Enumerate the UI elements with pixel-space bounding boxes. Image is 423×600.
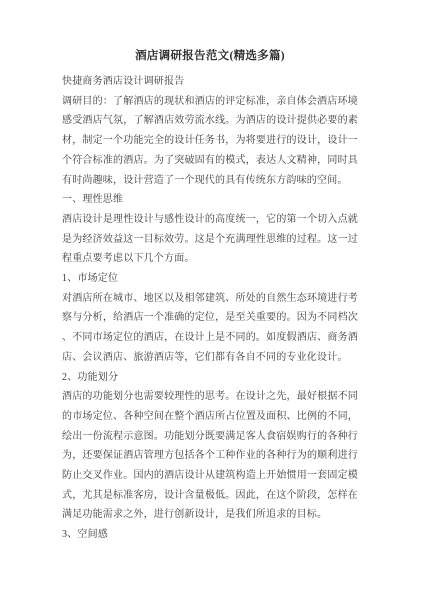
document-body: 快捷商务酒店设计调研报告调研目的：了解酒店的现状和酒店的评定标准，亲自体会酒店环… <box>62 72 358 545</box>
text-line: 酒店设计是理性设计与感性设计的高度统一，它的第一个切入点就 <box>62 210 358 230</box>
document-subtitle: 快捷商务酒店设计调研报告 <box>62 72 358 92</box>
paragraph: 酒店的功能划分也需要较理性的思考。在设计之先，最好根据不同的市场定位、各种空间在… <box>62 387 358 525</box>
text-line: 绘出一份流程示意图。功能划分既要满足客人食宿娱购行的各种行 <box>62 427 358 447</box>
section-heading: 1、市场定位 <box>62 269 358 289</box>
text-line: 酒店的功能划分也需要较理性的思考。在设计之先，最好根据不同 <box>62 387 358 407</box>
section-heading: 3、空间感 <box>62 525 358 545</box>
text-line: 察与分析，给酒店一个准确的定位，是至关重要的。因为不同档次 <box>62 308 358 328</box>
section-heading: 2、功能划分 <box>62 368 358 388</box>
text-line: 个符合标准的酒店。为了突破固有的模式，表达人文精神，同时具 <box>62 151 358 171</box>
paragraph: 调研目的：了解酒店的现状和酒店的评定标准，亲自体会酒店环境感受酒店气氛，了解酒店… <box>62 92 358 191</box>
paragraph: 酒店设计是理性设计与感性设计的高度统一，它的第一个切入点就是为经济效益这一目标效… <box>62 210 358 269</box>
text-line: 式，尤其是标准客房，设计含量极低。因此，在这个阶段，怎样在 <box>62 486 358 506</box>
text-line: 快捷商务酒店设计调研报告 <box>62 72 358 92</box>
text-line: 1、市场定位 <box>62 269 358 289</box>
text-line: 、不同市场定位的酒店，在设计上是不同的。如度假酒店、商务酒 <box>62 328 358 348</box>
text-line: 满足功能需求之外，进行创新设计，是我们所追求的目标。 <box>62 505 358 525</box>
paragraph: 对酒店所在城市、地区以及相邻建筑、所处的自然生态环境进行考察与分析，给酒店一个准… <box>62 289 358 368</box>
text-line: 是为经济效益这一目标效劳。这是个充满理性思维的过程。这一过 <box>62 230 358 250</box>
section-heading: 一、理性思维 <box>62 190 358 210</box>
document-page: 酒店调研报告范文(精选多篇) 快捷商务酒店设计调研报告调研目的：了解酒店的现状和… <box>0 0 423 600</box>
text-line: 的市场定位、各种空间在整个酒店所占位置及面积、比例的不同， <box>62 407 358 427</box>
text-line: 2、功能划分 <box>62 368 358 388</box>
document-title: 酒店调研报告范文(精选多篇) <box>62 46 358 66</box>
text-line: 材，制定一个功能完全的设计任务书，为将要进行的设计，设计一 <box>62 131 358 151</box>
text-line: 调研目的：了解酒店的现状和酒店的评定标准，亲自体会酒店环境 <box>62 92 358 112</box>
text-line: 感受酒店气氛，了解酒店效劳流水线。为酒店的设计提供必要的素 <box>62 111 358 131</box>
text-line: 有时尚趣味，设计营造了一个现代的具有传统东方韵味的空间。 <box>62 171 358 191</box>
text-line: 店、会议酒店、旅游酒店等，它们都有各自不同的专业化设计。 <box>62 348 358 368</box>
text-line: 为，还要保证酒店管理方包括各个工种作业的各种行为的顺利进行 <box>62 446 358 466</box>
text-line: 对酒店所在城市、地区以及相邻建筑、所处的自然生态环境进行考 <box>62 289 358 309</box>
text-line: 一、理性思维 <box>62 190 358 210</box>
text-line: 程重点要考虑以下几个方面。 <box>62 249 358 269</box>
text-line: 防止交叉作业。国内的酒店设计从建筑构造上开始惯用一套固定模 <box>62 466 358 486</box>
text-line: 3、空间感 <box>62 525 358 545</box>
